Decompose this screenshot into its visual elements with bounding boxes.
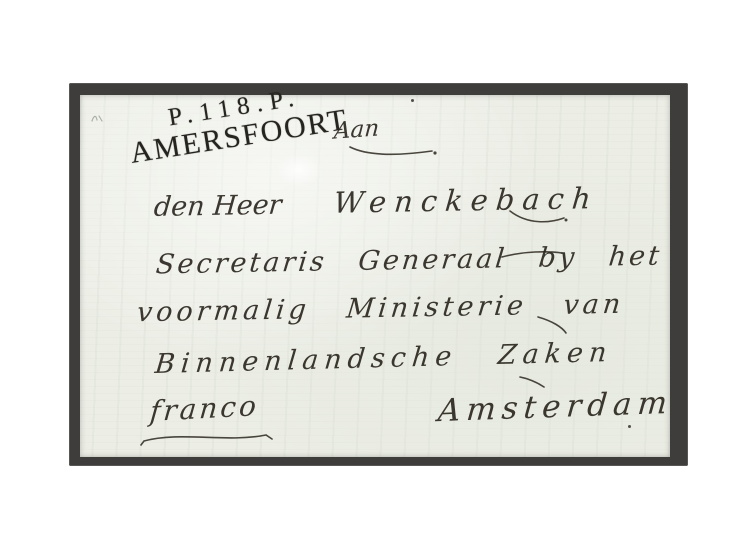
franco-note: franco — [149, 392, 260, 426]
name-flourish — [508, 207, 570, 229]
destination-amsterdam: Amsterdam — [437, 388, 675, 427]
handwritten-aan: Aan — [333, 117, 380, 143]
line3-flourish — [536, 313, 572, 337]
line2-flourish — [500, 247, 566, 261]
pencil-mark — [90, 112, 104, 124]
aan-flourish — [348, 141, 440, 161]
destination-period-dot — [628, 425, 631, 428]
franco-underline — [140, 429, 280, 447]
addressee-prefix: den Heer — [153, 190, 283, 223]
letter-paper: P.118.P. AMERSFOORT Aan den HeerWenckeba… — [80, 95, 670, 457]
address-line-2: Secretaris Generaal by het — [155, 243, 664, 279]
photo-of-letter: P.118.P. AMERSFOORT Aan den HeerWenckeba… — [0, 0, 740, 557]
paper-blemish — [276, 153, 322, 187]
postmark-stamp: P.118.P. AMERSFOORT — [113, 76, 361, 171]
dark-mat-frame: P.118.P. AMERSFOORT Aan den HeerWenckeba… — [69, 83, 688, 466]
ink-speck — [411, 99, 414, 102]
line4-flourish — [518, 373, 548, 391]
